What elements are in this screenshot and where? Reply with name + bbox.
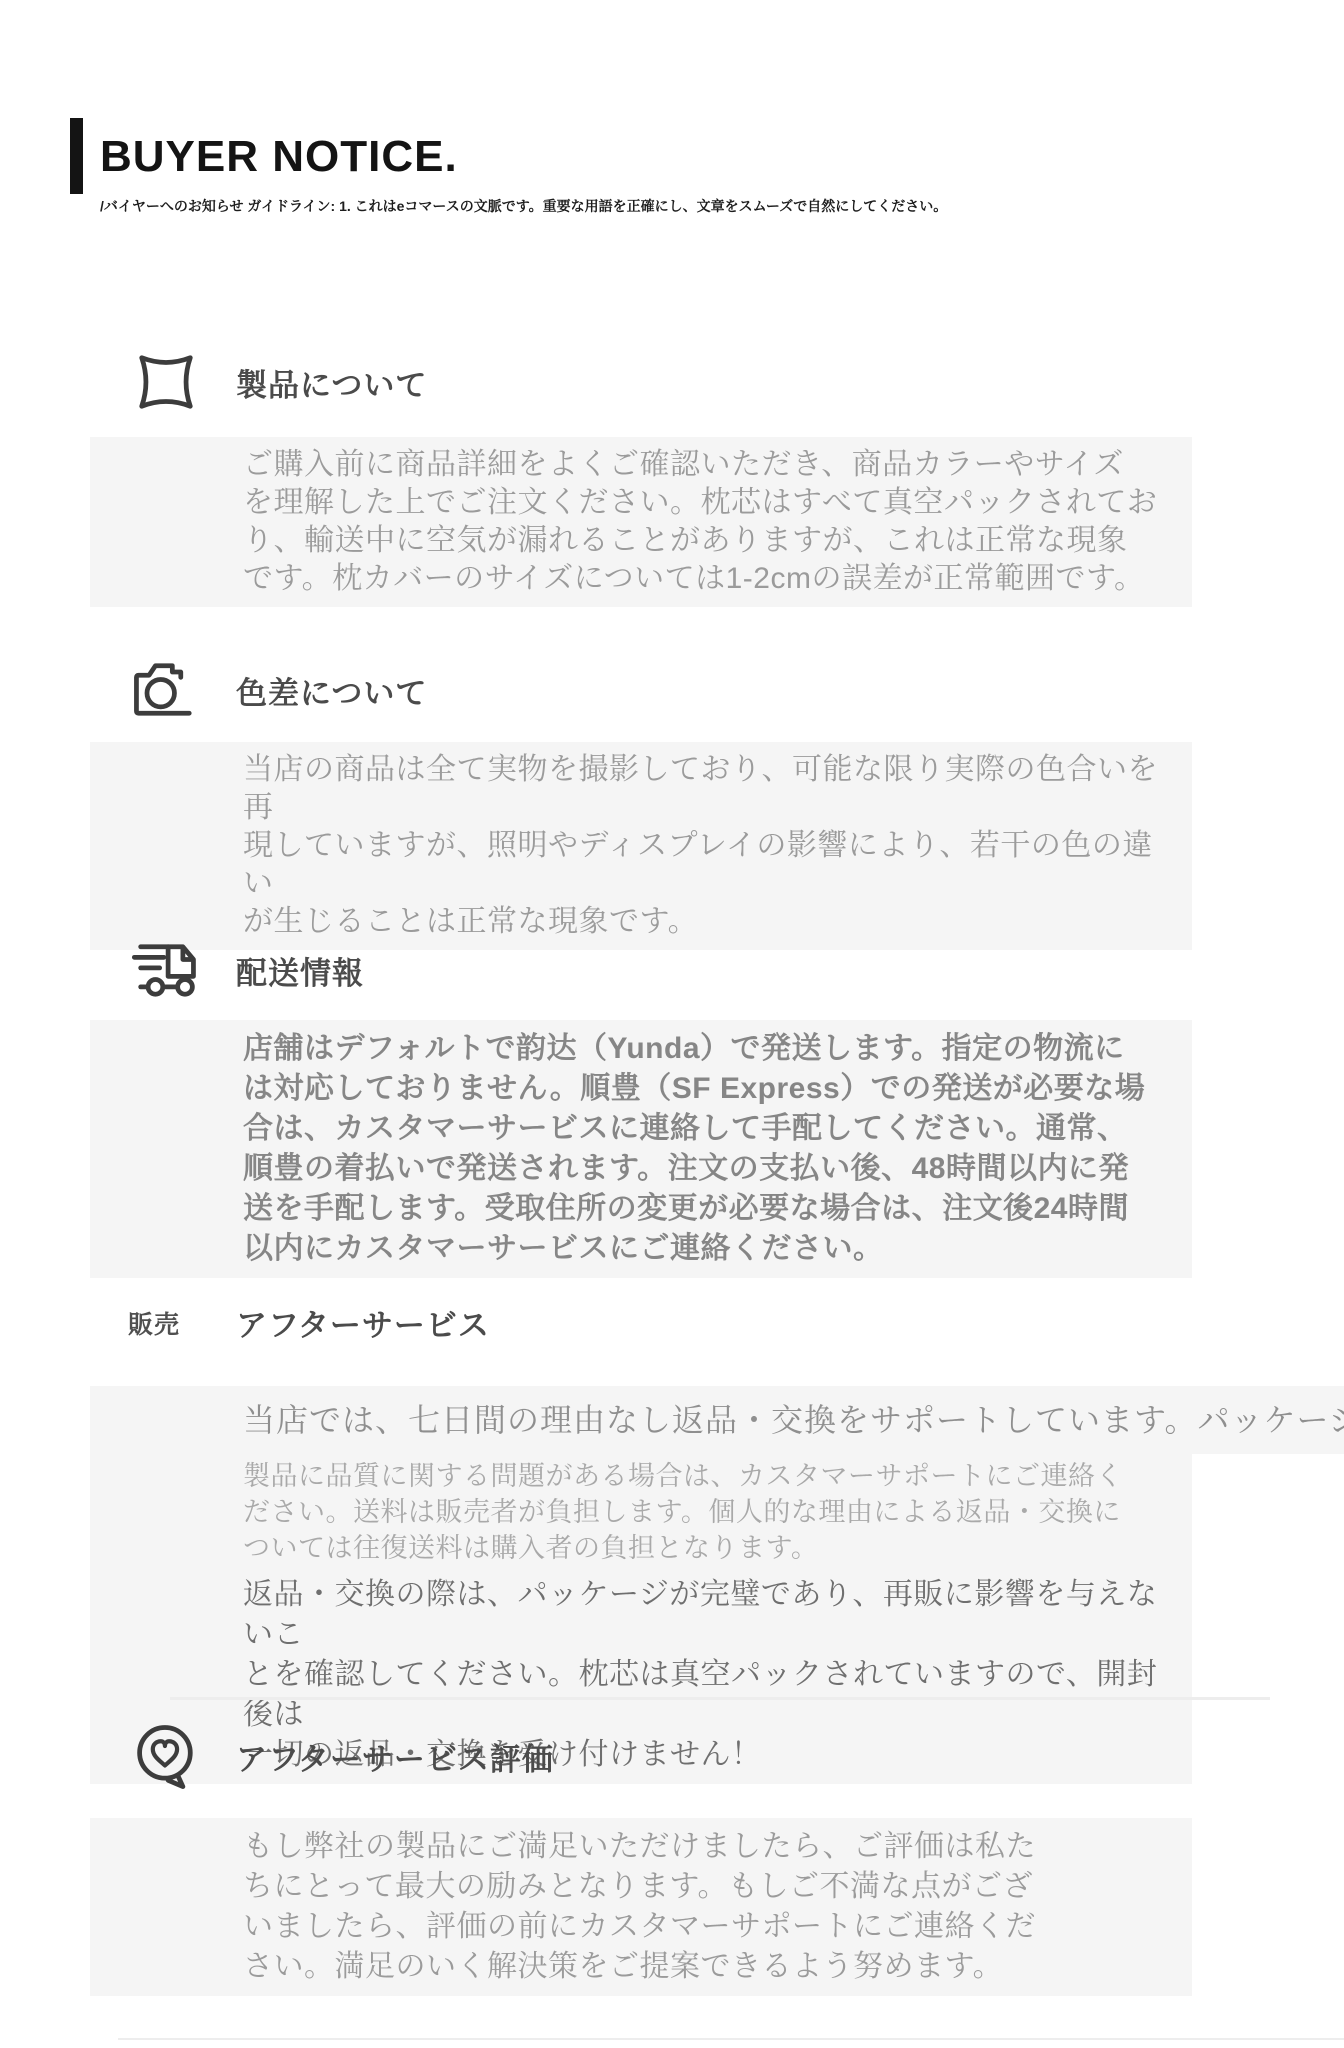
after-service-lead-block: 当店では、七日間の理由なし返品・交換をサポートしています。パッケージを: [90, 1386, 1344, 1454]
section-body-product: ご購入前に商品詳細をよくご確認いただき、商品カラーやサイズ を理解した上でご注文…: [90, 437, 1192, 607]
section-title: 色差について: [236, 668, 427, 713]
title-accent-bar: [70, 118, 83, 194]
section-body-color: 当店の商品は全て実物を撮影しており、可能な限り実際の色合いを再 現していますが、…: [90, 742, 1192, 950]
heart-bubble-icon: [128, 1718, 204, 1794]
sales-label: 販売: [128, 1305, 204, 1341]
truck-icon: [128, 932, 204, 1008]
after-service-body: 製品に品質に関する問題がある場合は、カスタマーサポートにご連絡く ださい。送料は…: [90, 1452, 1192, 1572]
section-title: 配送情報: [236, 948, 364, 993]
section-header-color: 色差について: [128, 652, 427, 728]
after-service-lead: 当店では、七日間の理由なし返品・交換をサポートしています。パッケージを: [90, 1386, 1344, 1454]
section-divider: [170, 1697, 1270, 1700]
pillow-icon: [128, 344, 204, 420]
guideline-note: /バイヤーへのお知らせ ガイドライン: 1. これはeコマースの文脈です。重要な…: [100, 196, 947, 216]
section-header-after-service: 販売 アフターサービス: [128, 1300, 490, 1345]
camera-icon: [128, 652, 204, 728]
section-body-shipping: 店舗はデフォルトで韵达（Yunda）で発送します。指定の物流に は対応しておりま…: [90, 1020, 1192, 1278]
section-header-product: 製品について: [128, 344, 427, 420]
section-title: 製品について: [236, 360, 427, 405]
section-header-rating: アフターサービス評価: [128, 1718, 554, 1794]
section-title: アフターサービス評価: [236, 1734, 554, 1779]
section-body-rating: もし弊社の製品にご満足いただけましたら、ご評価は私た ちにとって最大の励みとなり…: [90, 1818, 1192, 1996]
section-title: アフターサービス: [236, 1300, 490, 1345]
page-title: BUYER NOTICE.: [100, 132, 458, 182]
buyer-notice-page: BUYER NOTICE. /バイヤーへのお知らせ ガイドライン: 1. これは…: [0, 0, 1344, 2048]
bottom-divider: [118, 2038, 1344, 2040]
masthead: BUYER NOTICE.: [70, 118, 458, 194]
section-header-shipping: 配送情報: [128, 932, 364, 1008]
